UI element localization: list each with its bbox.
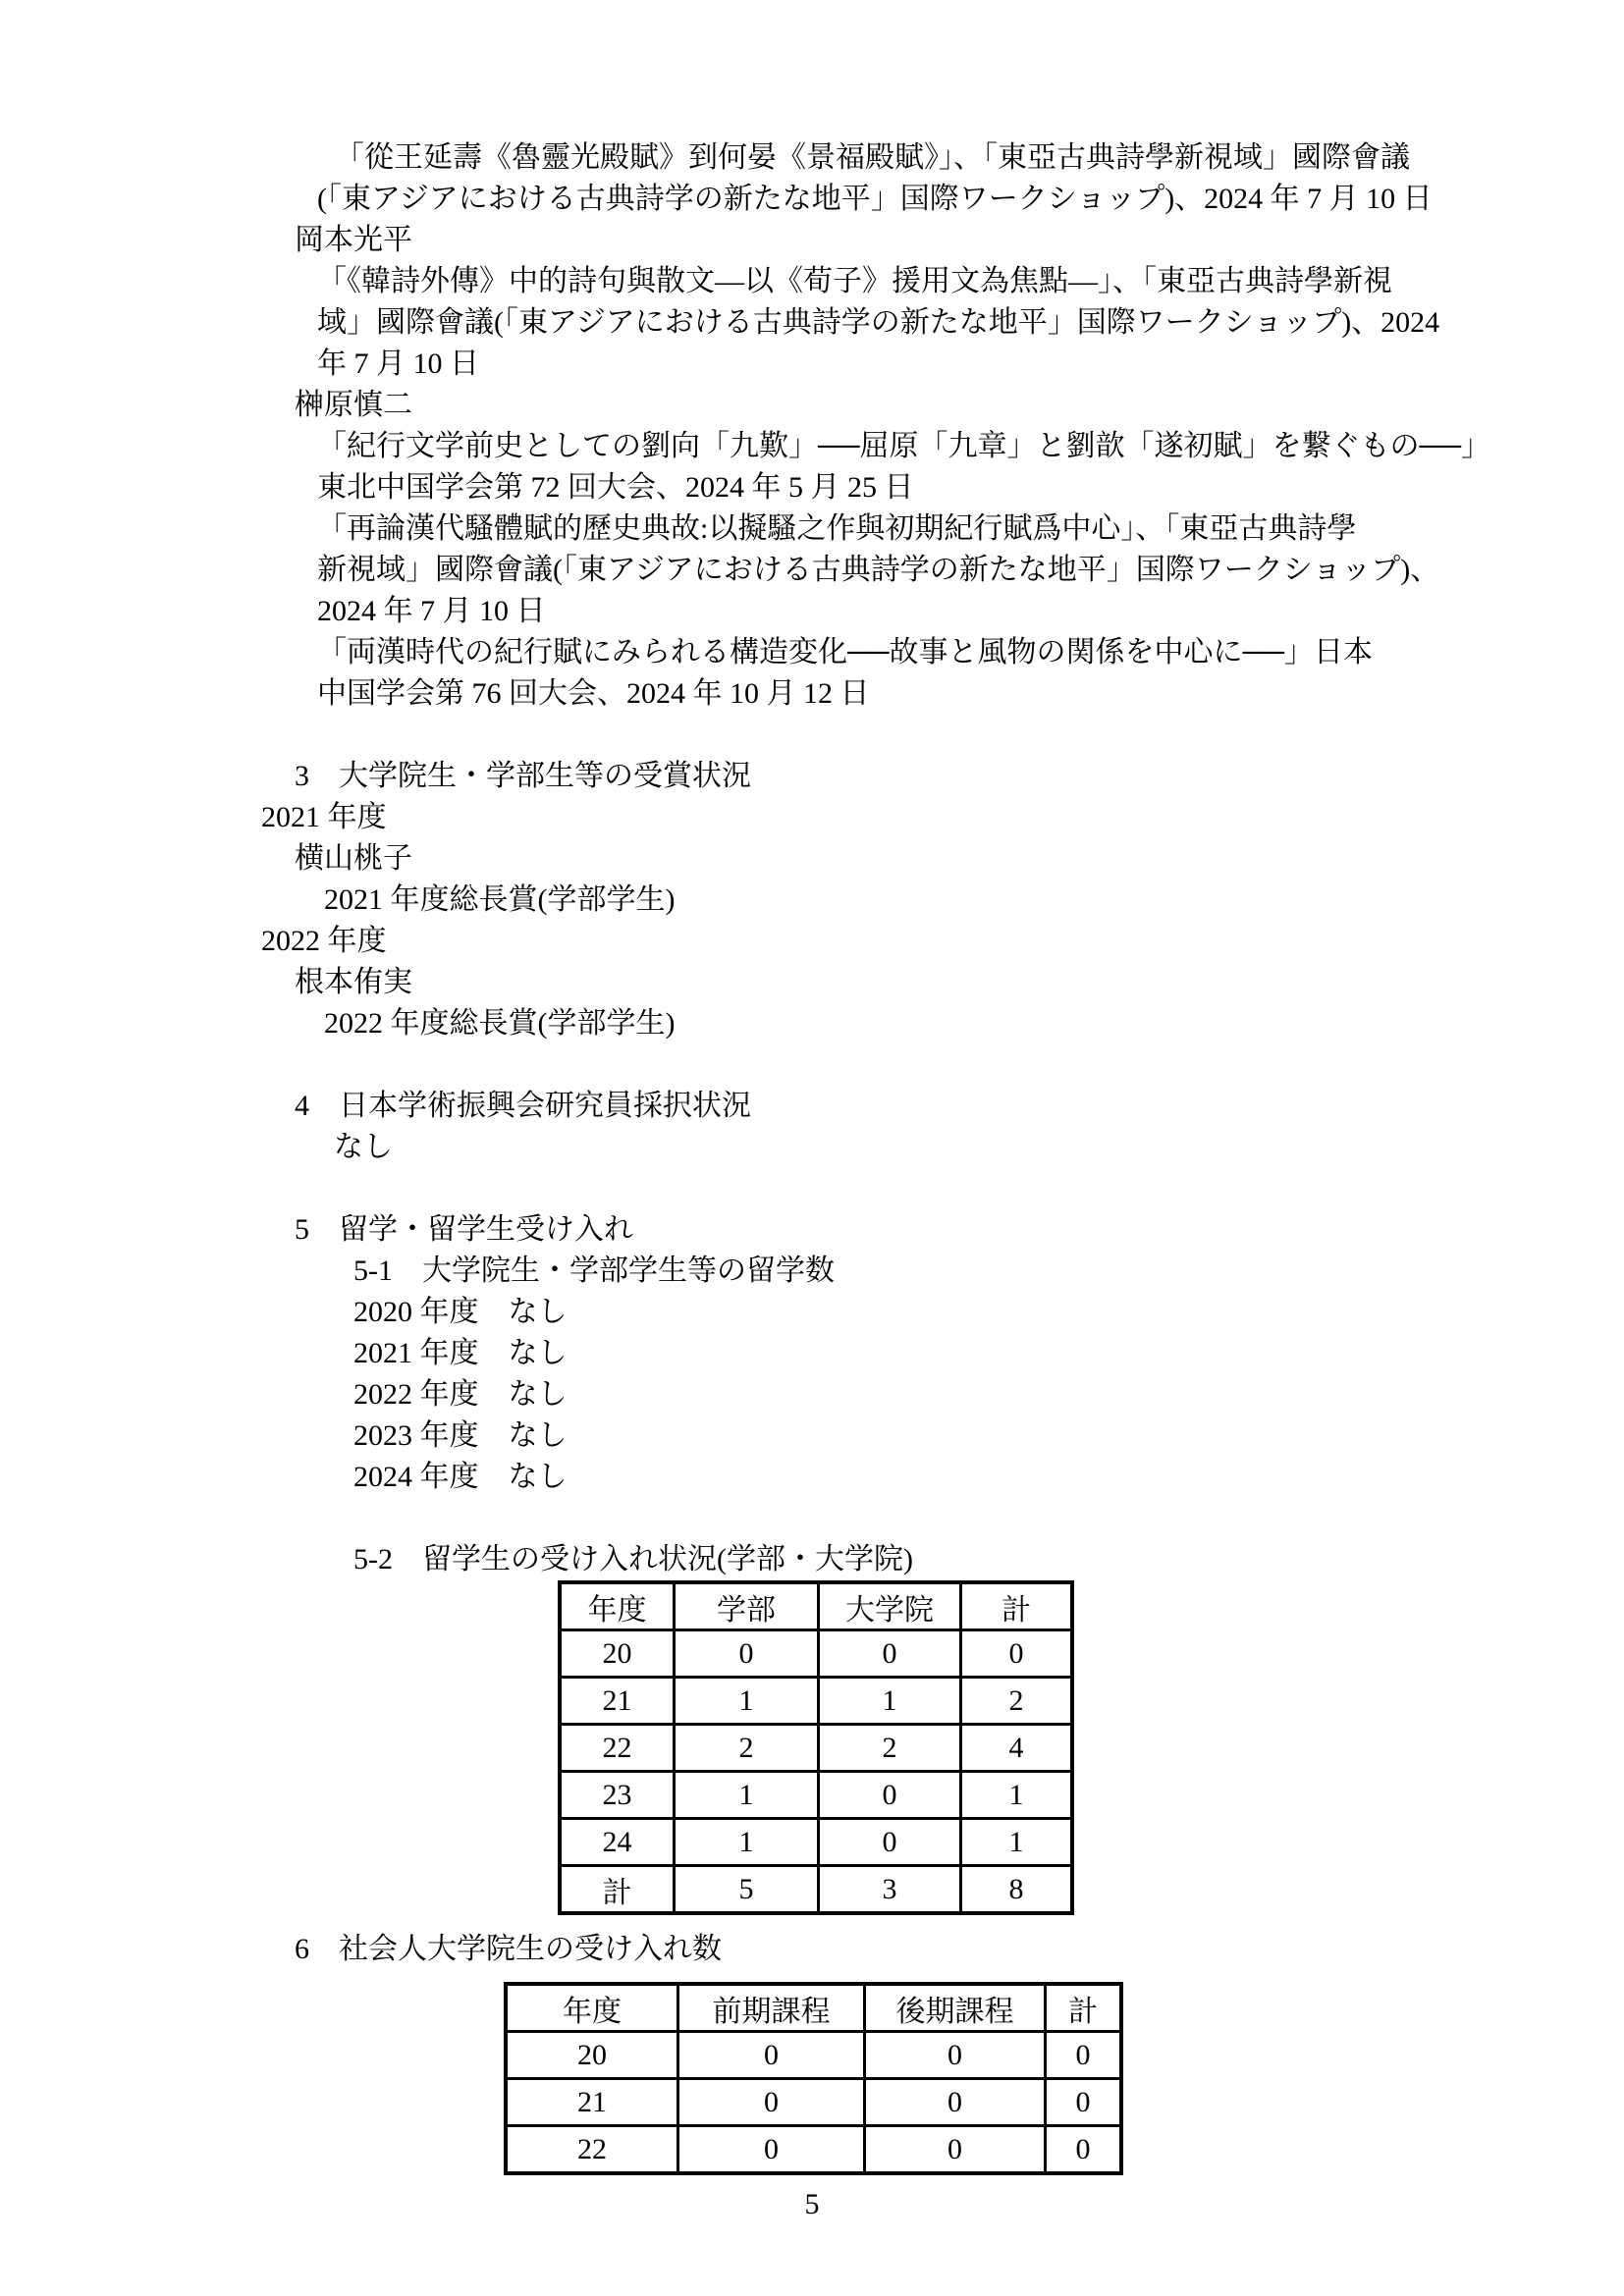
table-cell: 20 [506,2032,678,2079]
section-5-heading: 5 留学・留学生受け入れ [295,1209,1624,1251]
presentation-line: (「東アジアにおける古典詩学の新たな地平」国際ワークショップ)、2024 年 7… [317,179,1624,220]
table-cell: 20 [560,1630,675,1678]
section-working-adult-students: 6 社会人大学院生の受け入れ数 年度 前期課程 後期課程 計 20 0 0 0 … [0,1929,1624,2175]
table-cell: 1 [819,1678,961,1725]
table-header-cell: 学部 [675,1582,819,1630]
award-year-label: 2021 年度 [261,797,1624,838]
table-row: 20 0 0 0 [506,2032,1121,2079]
table-header-row: 年度 学部 大学院 計 [560,1582,1072,1630]
table-cell: 5 [675,1866,819,1914]
section-6-heading: 6 社会人大学院生の受け入れ数 [295,1929,1624,1970]
table-cell: 0 [819,1630,961,1678]
table-cell: 0 [865,2079,1046,2126]
table-cell: 2 [819,1725,961,1772]
table-cell: 0 [819,1819,961,1866]
table-cell: 4 [961,1725,1073,1772]
table-cell: 0 [1046,2126,1122,2174]
study-abroad-year-line: 2021 年度 なし [353,1333,1624,1374]
table-cell: 22 [560,1725,675,1772]
table-header-cell: 大学院 [819,1582,961,1630]
presentation-line: 新視域」國際會議(「東アジアにおける古典詩学の新たな地平」国際ワークショップ)、 [317,550,1624,591]
section-awards: 3 大学院生・学部生等の受賞状況 2021 年度 横山桃子 2021 年度総長賞… [0,756,1624,1044]
presentation-line: 域」國際會議(「東アジアにおける古典詩学の新たな地平」国際ワークショップ)、20… [317,302,1624,344]
presentation-line: 「《韓詩外傳》中的詩句與散文—以《荀子》援用文為焦點—」、「東亞古典詩學新視 [317,261,1624,302]
section-5-1-heading: 5-1 大学院生・学部学生等の留学数 [353,1251,1624,1292]
presentation-line: 「両漢時代の紀行賦にみられる構造変化──故事と風物の関係を中心に──」日本 [317,632,1624,673]
table-cell: 1 [675,1678,819,1725]
table-cell: 1 [675,1772,819,1819]
table-cell: 0 [1046,2079,1122,2126]
working-adult-students-table: 年度 前期課程 後期課程 計 20 0 0 0 21 0 0 0 22 0 0 [504,1982,1123,2175]
table-row: 24 1 0 1 [560,1819,1072,1866]
study-abroad-year-line: 2023 年度 なし [353,1415,1624,1457]
table-cell: 0 [961,1630,1073,1678]
presentation-line: 年 7 月 10 日 [317,344,1624,385]
table-cell: 0 [678,2126,865,2174]
researcher-name: 榊原慎二 [295,385,1624,426]
international-students-table: 年度 学部 大学院 計 20 0 0 0 21 1 1 2 22 2 2 4 [558,1580,1074,1915]
table-total-row: 計 5 3 8 [560,1866,1072,1914]
study-abroad-year-line: 2022 年度 なし [353,1374,1624,1415]
award-title: 2021 年度総長賞(学部学生) [324,880,1624,921]
table-cell: 0 [678,2079,865,2126]
table-header-row: 年度 前期課程 後期課程 計 [506,1984,1121,2032]
presentation-line: 「再論漢代騷體賦的歷史典故:以擬騷之作與初期紀行賦爲中心」、「東亞古典詩學 [317,508,1624,550]
table-cell: 1 [675,1819,819,1866]
table-cell: 21 [560,1678,675,1725]
table-cell: 計 [560,1866,675,1914]
table-row: 23 1 0 1 [560,1772,1072,1819]
table-row: 22 2 2 4 [560,1725,1072,1772]
section-jsps: 4 日本学術振興会研究員採択状況 なし [0,1086,1624,1168]
table-cell: 21 [506,2079,678,2126]
table-row: 22 0 0 0 [506,2126,1121,2174]
awardee-name: 横山桃子 [295,838,1624,880]
presentation-line: 中国学会第 76 回大会、2024 年 10 月 12 日 [317,673,1624,715]
section-5-2-heading: 5-2 留学生の受け入れ状況(学部・大学院) [353,1539,1624,1580]
document-page: 「從王延壽《魯靈光殿賦》到何晏《景福殿賦》」、「東亞古典詩學新視域」國際會議 (… [0,0,1624,2296]
study-abroad-year-line: 2020 年度 なし [353,1292,1624,1333]
awardee-name: 根本侑実 [295,962,1624,1003]
table-header-cell: 計 [1046,1984,1122,2032]
table-cell: 0 [678,2032,865,2079]
table-cell: 0 [1046,2032,1122,2079]
award-title: 2022 年度総長賞(学部学生) [324,1003,1624,1044]
presentation-line: 「從王延壽《魯靈光殿賦》到何晏《景福殿賦》」、「東亞古典詩學新視域」國際會議 [335,137,1624,179]
table-row: 20 0 0 0 [560,1630,1072,1678]
table-cell: 1 [961,1772,1073,1819]
table-header-cell: 年度 [560,1582,675,1630]
section-study-abroad: 5 留学・留学生受け入れ 5-1 大学院生・学部学生等の留学数 2020 年度 … [0,1209,1624,1915]
table-cell: 3 [819,1866,961,1914]
table-row: 21 1 1 2 [560,1678,1072,1725]
presentations-block: 「從王延壽《魯靈光殿賦》到何晏《景福殿賦》」、「東亞古典詩學新視域」國際會議 (… [0,137,1624,715]
table-cell: 2 [675,1725,819,1772]
table-cell: 0 [865,2032,1046,2079]
presentation-line: 2024 年 7 月 10 日 [317,591,1624,632]
presentation-line: 「紀行文学前史としての劉向「九歎」──屈原「九章」と劉歆「遂初賦」を繋ぐもの──… [317,426,1624,467]
section-3-heading: 3 大学院生・学部生等の受賞状況 [295,756,1624,797]
table-cell: 1 [961,1819,1073,1866]
table-header-cell: 前期課程 [678,1984,865,2032]
researcher-name: 岡本光平 [295,220,1624,261]
table-cell: 0 [865,2126,1046,2174]
table-cell: 22 [506,2126,678,2174]
table-cell: 23 [560,1772,675,1819]
table-cell: 2 [961,1678,1073,1725]
table-header-cell: 計 [961,1582,1073,1630]
table-header-cell: 後期課程 [865,1984,1046,2032]
section-4-heading: 4 日本学術振興会研究員採択状況 [295,1086,1624,1127]
section-4-body: なし [334,1127,1624,1168]
table-cell: 24 [560,1819,675,1866]
table-row: 21 0 0 0 [506,2079,1121,2126]
table-header-cell: 年度 [506,1984,678,2032]
page-number: 5 [0,2184,1624,2225]
presentation-line: 東北中国学会第 72 回大会、2024 年 5 月 25 日 [317,467,1624,508]
award-year-label: 2022 年度 [261,921,1624,962]
table-cell: 0 [675,1630,819,1678]
table-cell: 8 [961,1866,1073,1914]
table-cell: 0 [819,1772,961,1819]
study-abroad-year-line: 2024 年度 なし [353,1457,1624,1498]
